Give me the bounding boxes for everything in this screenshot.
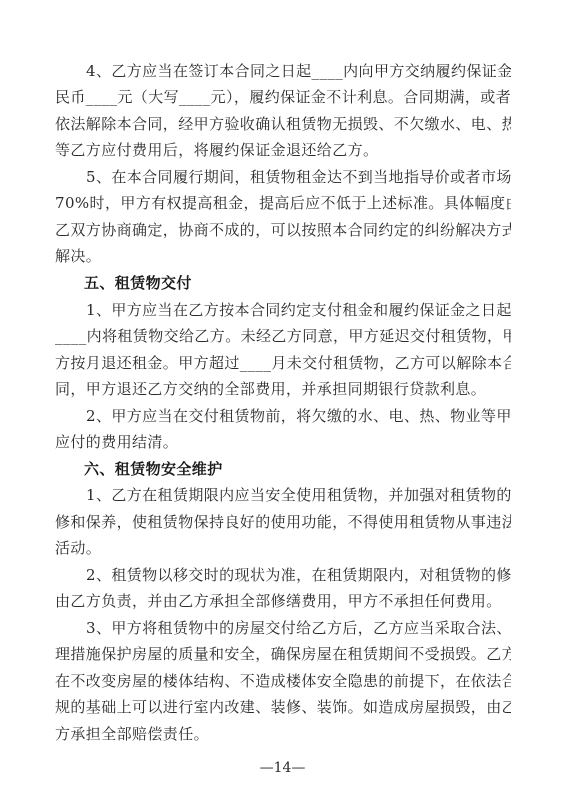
text-line: 4、乙方应当在签订本合同之日起____内向甲方交纳履约保证金人 [86,58,511,84]
text-line: 3、甲方将租赁物中的房屋交付给乙方后，乙方应当采取合法、合 [86,615,511,641]
text-line: ____内将租赁物交给乙方。未经乙方同意，甲方延迟交付租赁物，甲 [55,323,511,349]
text-line: 同，甲方退还乙方交纳的全部费用，并承担同期银行贷款利息。 [55,376,511,402]
text-line: 70%时，甲方有权提高租金，提高后应不低于上述标准。具体幅度由甲 [55,190,511,216]
section-heading: 五、租赁物交付 [84,270,384,296]
text-line: 1、甲方应当在乙方按本合同约定支付租金和履约保证金之日起 [86,297,511,323]
text-line: 乙双方协商确定，协商不成的，可以按照本合同约定的纠纷解决方式 [55,217,511,243]
text-line: 依法解除本合同，经甲方验收确认租赁物无损毁、不欠缴水、电、热 [55,111,511,137]
text-line: 应付的费用结清。 [55,429,511,455]
text-line: 2、租赁物以移交时的现状为准，在租赁期限内，对租赁物的修缮 [86,562,511,588]
text-line: 方承担全部赔偿责任。 [55,721,511,747]
text-line: 民币____元（大写____元），履约保证金不计利息。合同期满，或者 [55,84,511,110]
text-line: 1、乙方在租赁期限内应当安全使用租赁物，并加强对租赁物的维 [86,482,511,508]
text-line: 在不改变房屋的楼体结构、不造成楼体安全隐患的前提下，在依法合 [55,668,511,694]
page-number: —14— [0,760,565,776]
text-line: 5、在本合同履行期间，租赁物租金达不到当地指导价或者市场价 [86,164,511,190]
text-line: 由乙方负责，并由乙方承担全部修缮费用，甲方不承担任何费用。 [55,588,511,614]
text-line: 修和保养，使租赁物保持良好的使用功能，不得使用租赁物从事违法 [55,509,511,535]
text-line: 方按月退还租金。甲方超过____月未交付租赁物，乙方可以解除本合 [55,350,511,376]
text-line: 规的基础上可以进行室内改建、装修、装饰。如造成房屋损毁，由乙 [55,694,511,720]
text-line: 理措施保护房屋的质量和安全，确保房屋在租赁期间不受损毁。乙方 [55,641,511,667]
text-line: 活动。 [55,535,511,561]
text-line: 2、甲方应当在交付租赁物前，将欠缴的水、电、热、物业等甲方 [86,403,511,429]
text-line: 等乙方应付费用后，将履约保证金退还给乙方。 [55,137,511,163]
document-page: 4、乙方应当在签订本合同之日起____内向甲方交纳履约保证金人民币____元（大… [0,0,565,800]
section-heading: 六、租赁物安全维护 [84,456,384,482]
text-line: 解决。 [55,243,511,269]
